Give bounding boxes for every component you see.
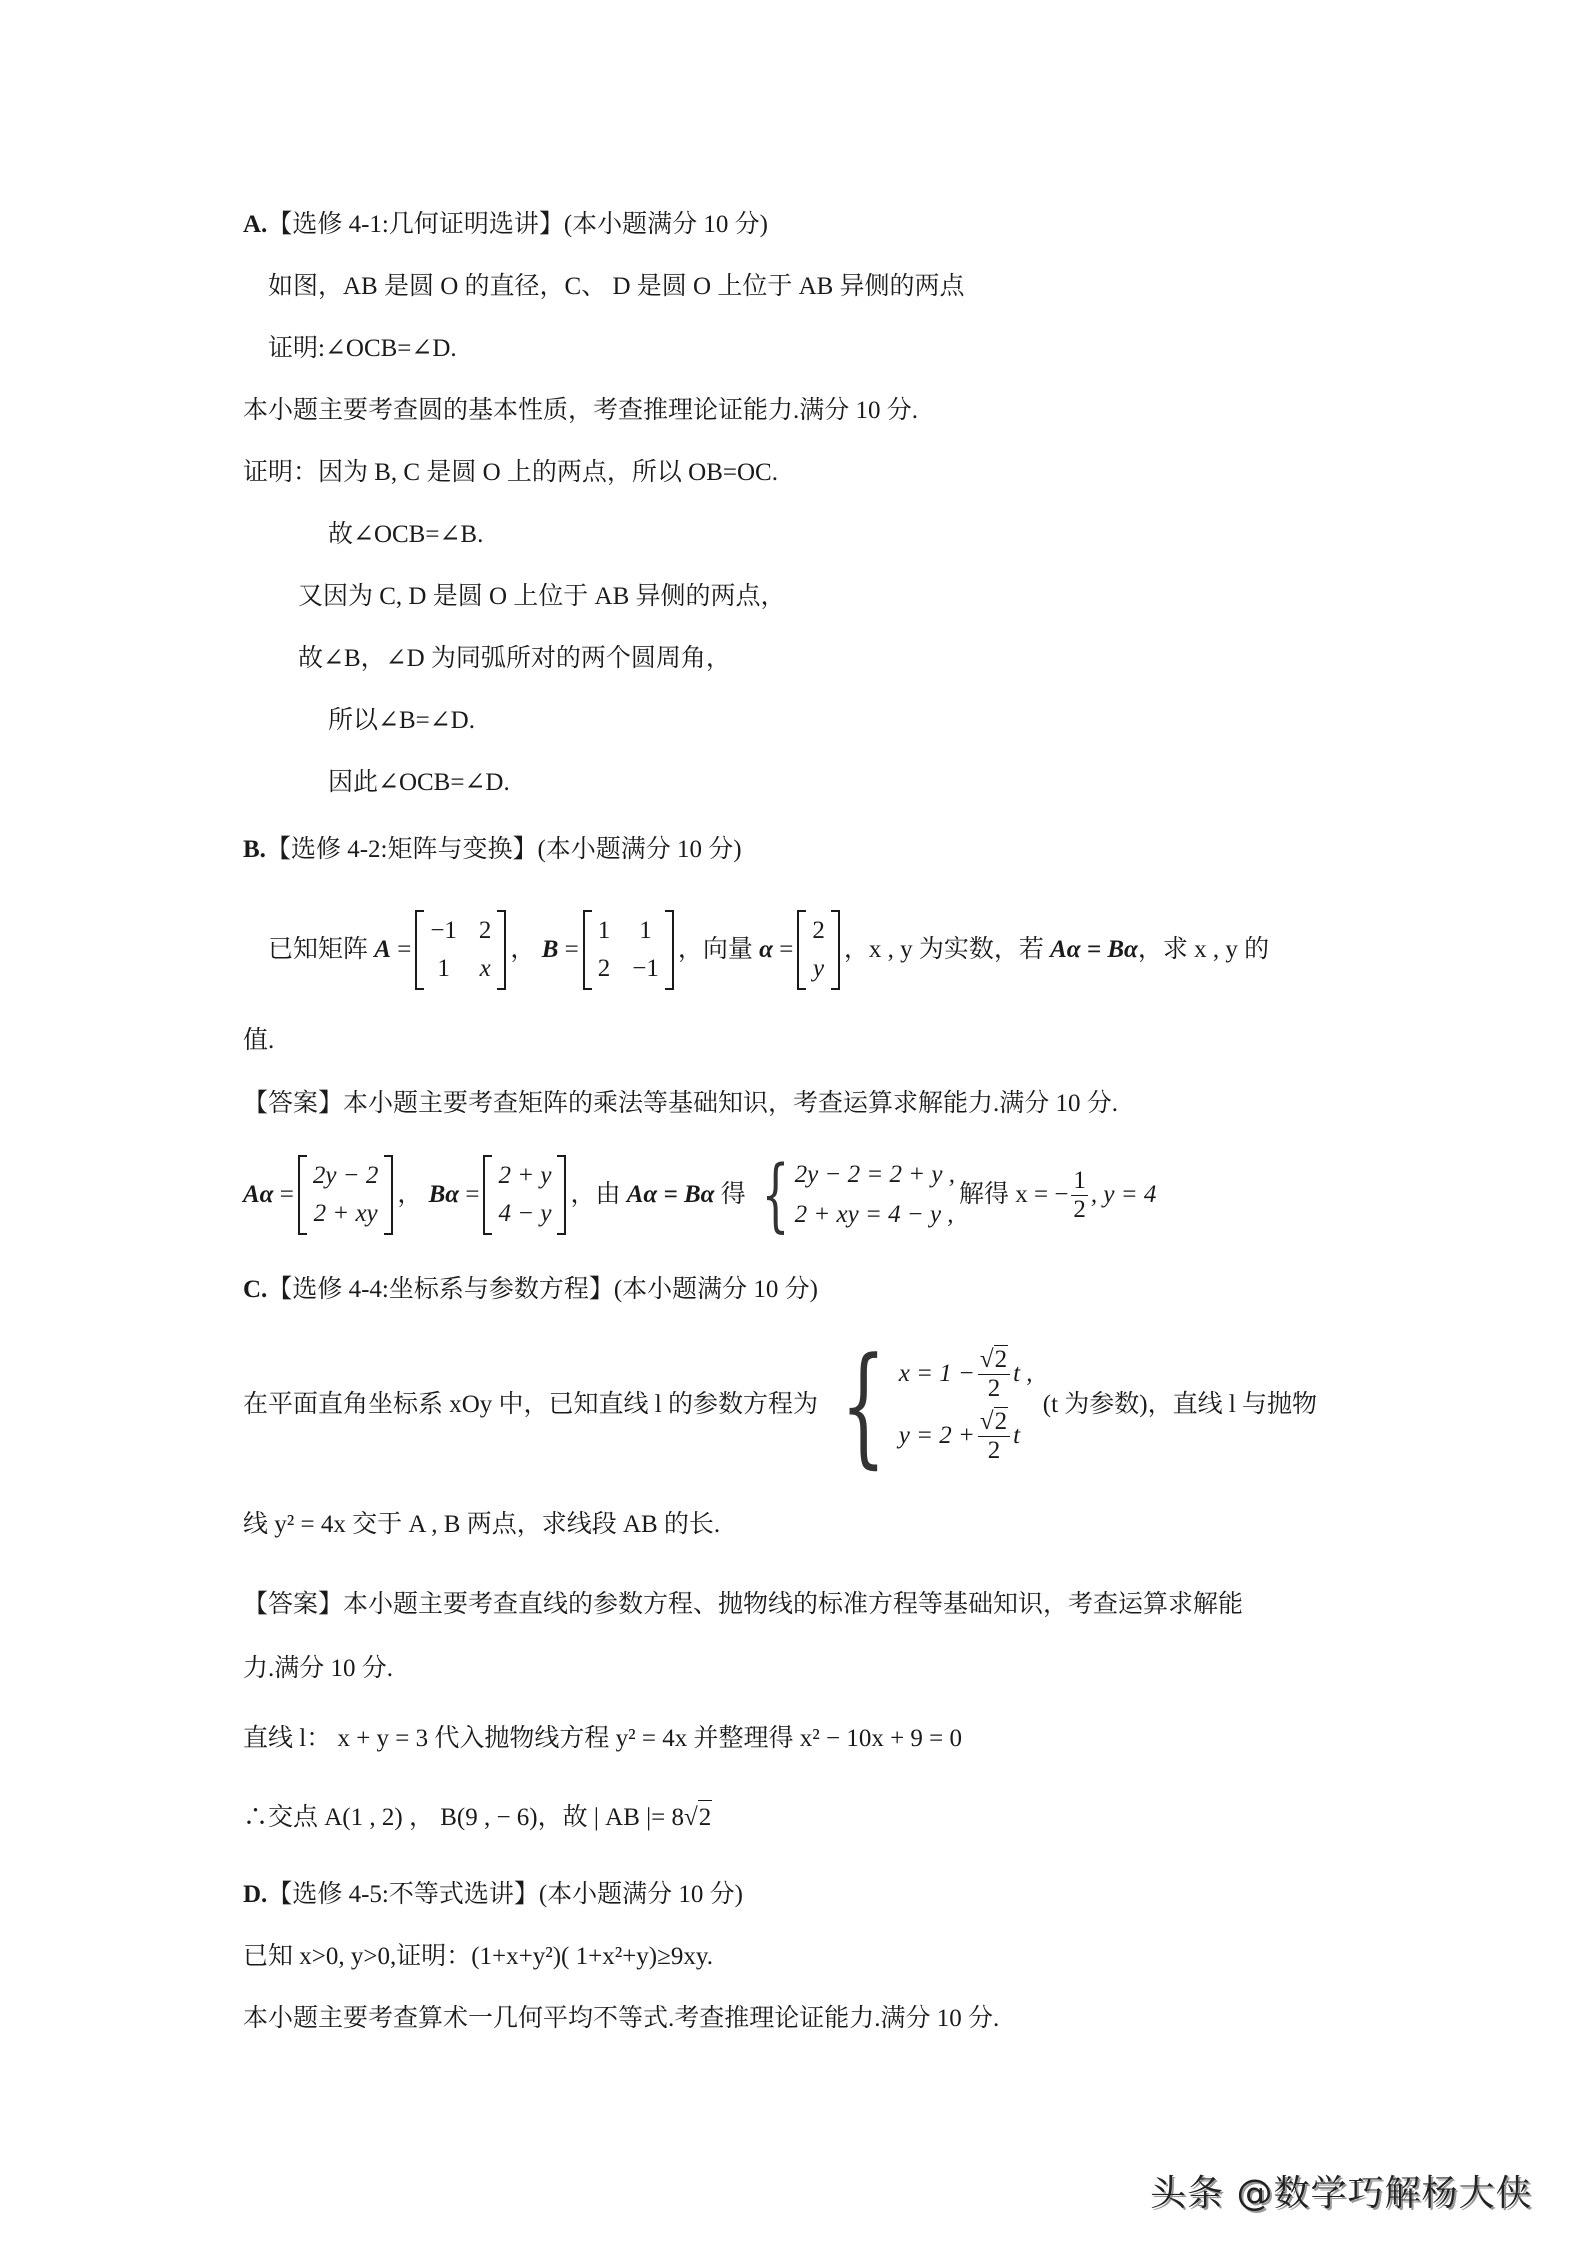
section-c-answer-step2: ∴交点 A(1 , 2) ， B(9 , − 6)，故 | AB |= 8 √2 [243,1800,712,1835]
answer-solve: 解得 x = − [959,1178,1068,1212]
radicand: 2 [994,1407,1009,1436]
system-row: 2 + xy = 4 − y , [795,1198,955,1232]
matrix-cell: −1 [430,914,457,948]
answer-tail: , y = 4 [1091,1178,1156,1212]
eq-left: x = 1 − [899,1357,975,1391]
section-b-title: 【选修 4-2:矩阵与变换】(本小题满分 10 分) [266,833,742,867]
section-a-proof-6: 因此∠OCB=∠D. [328,766,510,800]
vector-prefix: ，向量 [678,933,753,967]
answer-fraction: 1 2 [1071,1167,1088,1224]
watermark: 头条 @数学巧解杨大侠 [1150,2165,1532,2216]
eq-row-1: x = 1 − √2 2 t , [899,1345,1033,1403]
section-a-note: 本小题主要考查圆的基本性质，考查推理论证能力.满分 10 分. [243,394,918,428]
frac-num: 1 [1071,1167,1088,1196]
sqrt2-over-2: √2 2 [978,1407,1010,1465]
radicand: 2 [698,1800,713,1835]
section-a-problem-line1: 如图，AB 是圆 O 的直径，C、 D 是圆 O 上位于 AB 异侧的两点 [268,270,965,304]
matrix-cell: 2y − 2 [313,1159,378,1193]
answer-ba-name: Bα [429,1178,460,1212]
eq-right: t , [1013,1357,1032,1391]
section-a-proof-1: 证明：因为 B, C 是圆 O 上的两点，所以 OB=OC. [243,456,778,490]
section-d-label: D. [243,1878,267,1912]
section-a-label: A. [243,208,267,242]
condition: Aα = Bα [1050,933,1138,967]
vector-name: α [759,933,773,967]
answer-aa-matrix: 2y − 2 2 + xy [298,1155,393,1235]
section-a-problem-line2: 证明:∠OCB=∠D. [268,332,457,366]
section-d-problem: 已知 x>0, y>0,证明：(1+x+y²)( 1+x²+y)≥9xy. [243,1940,713,1974]
frac-den: 2 [1073,1196,1086,1224]
problem-suffix-1: ，x , y 为实数，若 [844,933,1044,967]
section-a-proof-2: 故∠OCB=∠B. [328,518,483,552]
step2-text: ∴交点 A(1 , 2) ， B(9 , − 6)，故 | AB |= 8 [243,1801,684,1835]
matrix-cell: x [479,952,492,986]
matrix-b: 1 1 2 −1 [583,910,674,990]
section-a-proof-3: 又因为 C, D 是圆 O 上位于 AB 异侧的两点， [298,580,786,614]
section-b-problem: 已知矩阵 A = −1 2 1 x ， B = 1 1 2 −1 ，向量 α =… [268,905,1269,995]
answer-aa-name: Aα [243,1178,274,1212]
answer-de: 得 [721,1178,746,1212]
problem-prefix: 已知矩阵 [268,933,368,967]
matrix-cell: 2 [598,952,611,986]
matrix-cell: 1 [598,914,611,948]
section-b-answer-note: 【答案】本小题主要考查矩阵的乘法等基础知识，考查运算求解能力.满分 10 分. [243,1087,1118,1121]
answer-ba-matrix: 2 + y 4 − y [483,1155,566,1235]
matrix-b-name: B [542,933,559,967]
problem-after: (t 为参数)，直线 l 与抛物 [1043,1388,1317,1422]
section-d-note: 本小题主要考查算术一几何平均不等式.考查推理论证能力.满分 10 分. [243,2002,999,2036]
section-c-label: C. [243,1273,267,1307]
matrix-cell: 2 [479,914,492,948]
section-c-title: 【选修 4-4:坐标系与参数方程】(本小题满分 10 分) [267,1273,818,1307]
sqrt-icon: √2 [684,1800,712,1835]
section-b-heading: B. 【选修 4-2:矩阵与变换】(本小题满分 10 分) [243,833,742,867]
sqrt2-over-2: √2 2 [978,1345,1010,1403]
section-c-answer-note-1: 【答案】本小题主要考查直线的参数方程、抛物线的标准方程等基础知识，考查运算求解能 [243,1588,1243,1622]
section-a-proof-5: 所以∠B=∠D. [328,704,475,738]
vector-cell: y [812,952,825,986]
eq-row-2: y = 2 + √2 2 t [899,1407,1033,1465]
problem-suffix-2: ，求 x , y 的 [1138,933,1269,967]
matrix-cell: 1 [632,914,659,948]
section-a-title: 【选修 4-1:几何证明选讲】(本小题满分 10 分) [267,208,768,242]
section-c-heading: C. 【选修 4-4:坐标系与参数方程】(本小题满分 10 分) [243,1273,818,1307]
section-b-label: B. [243,833,266,867]
matrix-cell: 4 − y [498,1197,551,1231]
frac-den: 2 [988,1437,1001,1465]
eq-right: t [1013,1419,1020,1453]
matrix-cell: 2 + y [498,1159,551,1193]
eq-left: y = 2 + [899,1419,975,1453]
matrix-cell: 1 [430,952,457,986]
section-a-heading: A. 【选修 4-1:几何证明选讲】(本小题满分 10 分) [243,208,768,242]
radicand: 2 [994,1345,1009,1374]
parametric-system: { x = 1 − √2 2 t , y = 2 + √2 2 t [822,1340,1033,1470]
section-c-problem: 在平面直角坐标系 xOy 中，已知直线 l 的参数方程为 { x = 1 − √… [243,1335,1317,1475]
vector-alpha: 2 y [797,910,840,990]
section-c-answer-note-2: 力.满分 10 分. [243,1652,393,1686]
matrix-a: −1 2 1 x [415,910,506,990]
matrix-cell: −1 [632,952,659,986]
brace-icon: { [841,1340,886,1470]
section-d-heading: D. 【选修 4-5:不等式选讲】(本小题满分 10 分) [243,1878,743,1912]
section-b-problem-wrap: 值. [243,1024,274,1058]
system-row: 2y − 2 = 2 + y , [795,1158,955,1192]
matrix-cell: 2 + xy [313,1197,378,1231]
matrix-a-name: A [374,933,391,967]
vector-cell: 2 [812,914,825,948]
section-b-answer-equations: Aα = 2y − 2 2 + xy ， Bα = 2 + y 4 − y ，由… [243,1150,1156,1240]
section-c-problem-wrap: 线 y² = 4x 交于 A , B 两点，求线段 AB 的长. [243,1508,720,1542]
section-a-proof-4: 故∠B，∠D 为同弧所对的两个圆周角， [298,642,731,676]
answer-system: { 2y − 2 = 2 + y , 2 + xy = 4 − y , [750,1155,955,1235]
brace-icon: { [761,1155,789,1235]
answer-mid: ，由 [570,1178,620,1212]
section-d-title: 【选修 4-5:不等式选讲】(本小题满分 10 分) [267,1878,743,1912]
frac-den: 2 [988,1375,1001,1403]
answer-condition: Aα = Bα [627,1178,715,1212]
problem-prefix: 在平面直角坐标系 xOy 中，已知直线 l 的参数方程为 [243,1388,818,1422]
section-c-answer-step1: 直线 l： x + y = 3 代入抛物线方程 y² = 4x 并整理得 x² … [243,1722,962,1756]
